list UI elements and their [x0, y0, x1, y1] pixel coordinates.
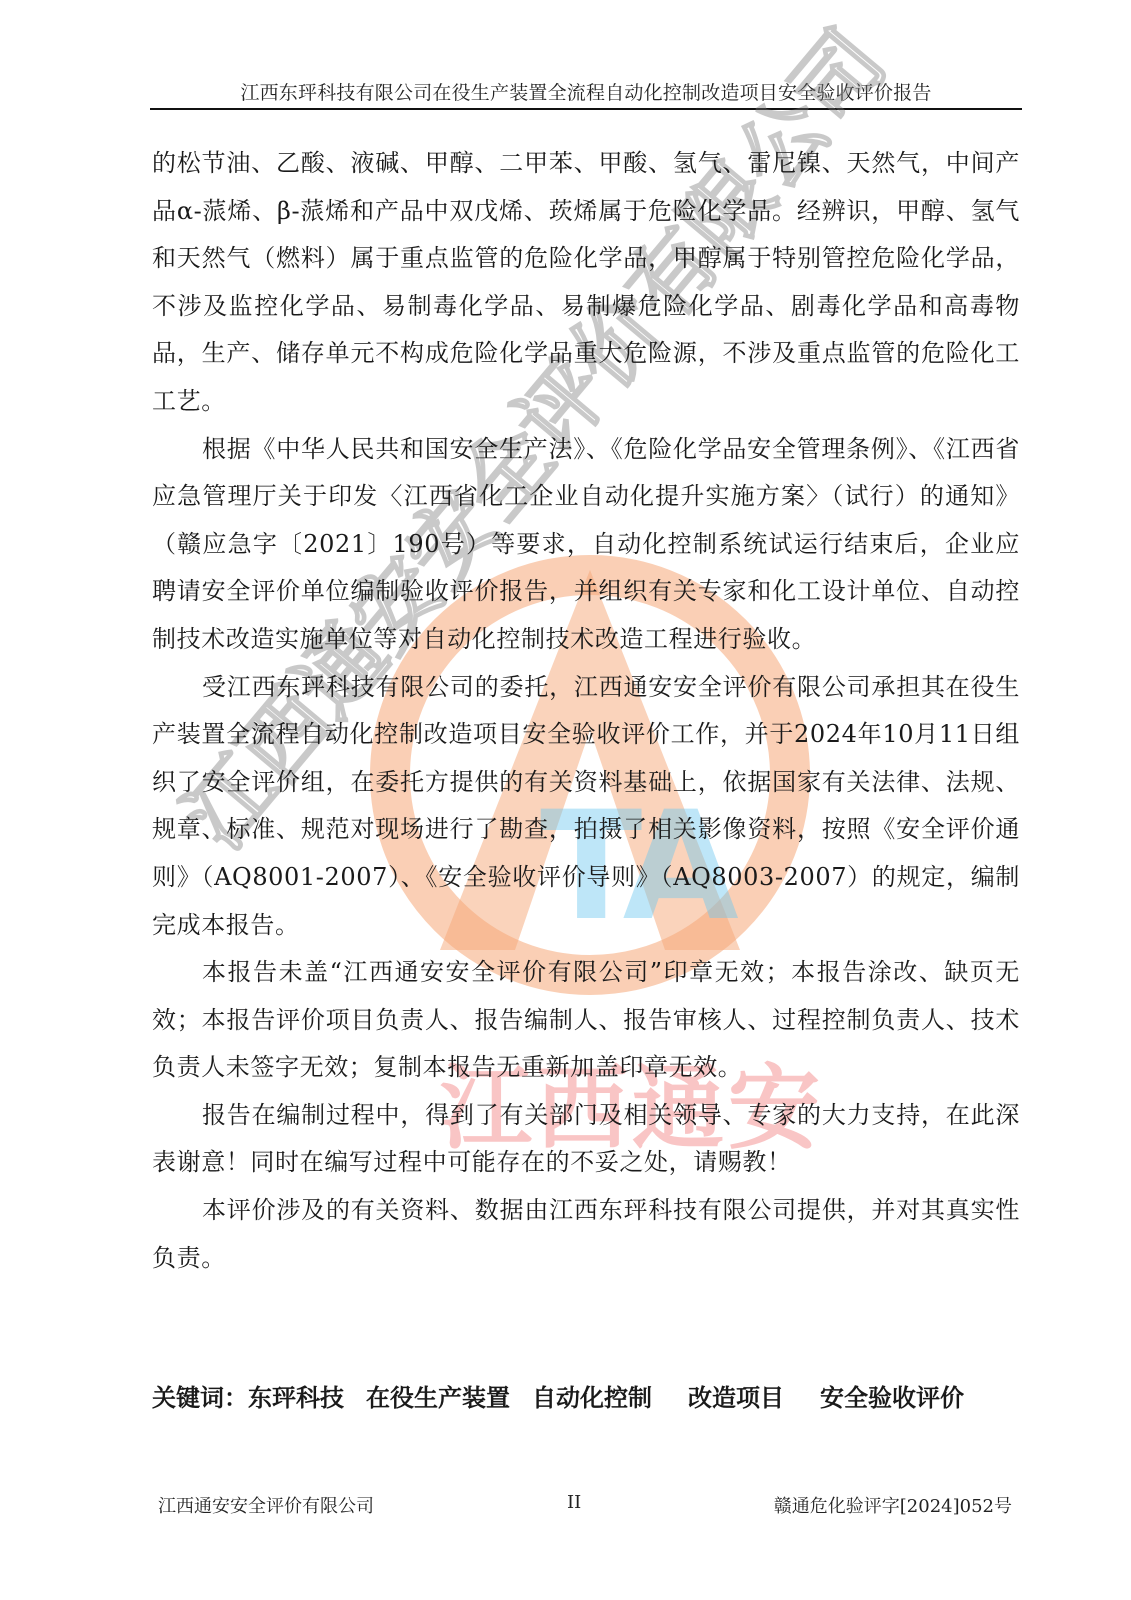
paragraph-hazardous-chemicals: 的松节油、乙酸、液碱、甲醇、二甲苯、甲酸、氢气、雷尼镍、天然气，中间产品α-蒎烯… — [152, 140, 1020, 426]
footer-company: 江西通安安全评价有限公司 — [158, 1492, 374, 1518]
paragraph-commission: 受江西东玶科技有限公司的委托，江西通安安全评价有限公司承担其在役生产装置全流程自… — [152, 664, 1020, 950]
page-number: II — [567, 1492, 581, 1513]
keyword: 东玶科技 — [248, 1384, 344, 1412]
report-body: 的松节油、乙酸、液碱、甲醇、二甲苯、甲酸、氢气、雷尼镍、天然气，中间产品α-蒎烯… — [152, 140, 1020, 1282]
report-number: 赣通危化验评字[2024]052号 — [774, 1492, 1012, 1518]
keyword: 改造项目 — [688, 1384, 784, 1412]
paragraph-data-responsibility: 本评价涉及的有关资料、数据由江西东玶科技有限公司提供，并对其真实性负责。 — [152, 1187, 1020, 1282]
document-page: 江西东玶科技有限公司在役生产装置全流程自动化控制改造项目安全验收评价报告 TA … — [0, 0, 1131, 1600]
keyword: 安全验收评价 — [820, 1384, 964, 1412]
paragraph-regulatory-basis: 根据《中华人民共和国安全生产法》、《危险化学品安全管理条例》、《江西省应急管理厅… — [152, 426, 1020, 664]
keywords-label: 关键词： — [152, 1384, 248, 1412]
running-header: 江西东玶科技有限公司在役生产装置全流程自动化控制改造项目安全验收评价报告 — [150, 78, 1022, 105]
paragraph-validity-notice: 本报告未盖“江西通安安全评价有限公司”印章无效；本报告涂改、缺页无效；本报告评价… — [152, 949, 1020, 1092]
keyword: 在役生产装置 — [366, 1384, 510, 1412]
paragraph-acknowledgement: 报告在编制过程中，得到了有关部门及相关领导、专家的大力支持，在此深表谢意！同时在… — [152, 1092, 1020, 1187]
header-divider — [150, 108, 1022, 110]
keywords-line: 关键词：东玶科技在役生产装置自动化控制改造项目安全验收评价 — [152, 1378, 1020, 1413]
keyword: 自动化控制 — [532, 1384, 652, 1412]
